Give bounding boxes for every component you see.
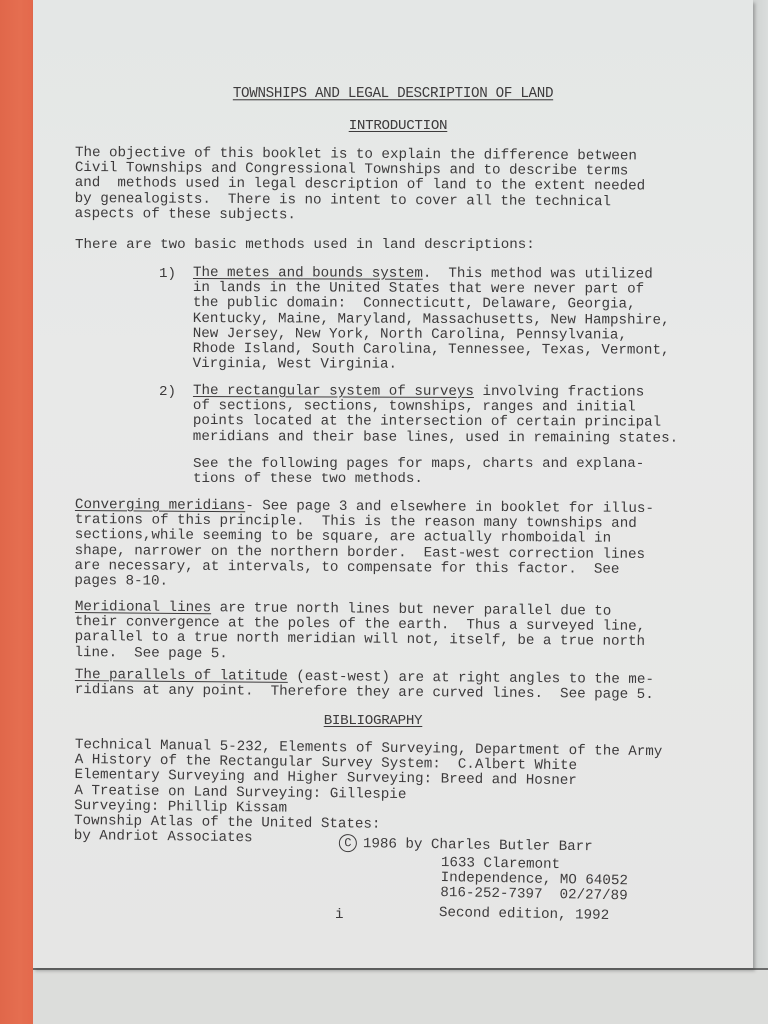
parallels-line: ridians at any point. Therefore they are… bbox=[75, 683, 654, 703]
method-1-term: The metes and bounds system bbox=[193, 265, 423, 282]
copyright-address: 1633 Claremont Independence, MO 64052 81… bbox=[440, 856, 628, 905]
page-number: i bbox=[335, 908, 344, 923]
page-right-edge bbox=[753, 0, 768, 968]
method-1-first-line: . This method was utilized bbox=[423, 266, 653, 283]
copyright-line: 1986 by Charles Butler Barr bbox=[363, 836, 593, 855]
method-1-number: 1) bbox=[159, 266, 176, 282]
see-following-note: See the following pages for maps, charts… bbox=[193, 457, 644, 487]
document-title: TOWNSHIPS AND LEGAL DESCRIPTION OF LAND bbox=[183, 86, 603, 103]
see-following-line: See the following pages for maps, charts… bbox=[193, 457, 644, 472]
bibliography-heading: BIBLIOGRAPHY bbox=[283, 713, 463, 729]
method-2-number: 2) bbox=[159, 384, 176, 400]
document-page: TOWNSHIPS AND LEGAL DESCRIPTION OF LAND … bbox=[33, 0, 753, 968]
meridional-lines-paragraph: Meridional lines are true north lines bu… bbox=[74, 600, 645, 666]
see-following-line: tions of these two methods. bbox=[193, 472, 644, 487]
methods-intro-text: There are two basic methods used in land… bbox=[75, 238, 535, 253]
introduction-heading: INTRODUCTION bbox=[263, 118, 533, 134]
copyright-block: C1986 by Charles Butler Barr bbox=[339, 834, 593, 856]
address-line: 816-252-7397 02/27/89 bbox=[440, 886, 628, 904]
orange-cover-edge bbox=[0, 0, 33, 1024]
method-2-line: meridians and their base lines, used in … bbox=[193, 430, 678, 447]
parallels-paragraph: The parallels of latitude (east-west) ar… bbox=[75, 668, 654, 703]
method-2-first-line: involving fractions bbox=[474, 384, 644, 401]
method-1-body: The metes and bounds system. This method… bbox=[193, 266, 670, 374]
method-2-body: The rectangular system of surveys involv… bbox=[193, 384, 679, 447]
methods-intro: There are two basic methods used in land… bbox=[75, 238, 535, 253]
underlying-page bbox=[33, 968, 768, 1024]
method-1-line: Virginia, West Virginia. bbox=[193, 357, 670, 374]
copyright-icon: C bbox=[339, 834, 357, 852]
intro-paragraph: The objective of this booklet is to expl… bbox=[75, 146, 646, 225]
edition-note: Second edition, 1992 bbox=[439, 906, 610, 924]
converging-meridians-paragraph: Converging meridians- See page 3 and els… bbox=[74, 498, 654, 593]
